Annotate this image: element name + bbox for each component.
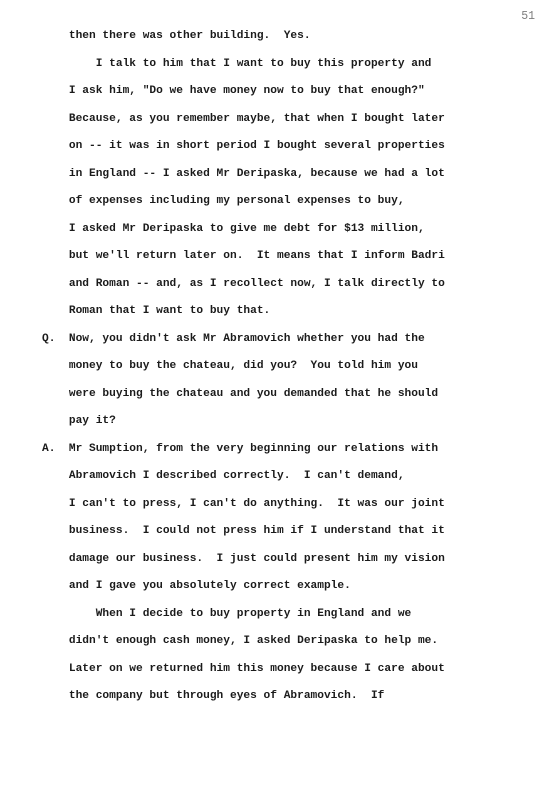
transcript-line: and Roman -- and, as I recollect now, I … (42, 271, 445, 299)
transcript-line: and I gave you absolutely correct exampl… (42, 573, 445, 601)
transcript-line: pay it? (42, 408, 445, 436)
transcript-line-question: Q. Now, you didn't ask Mr Abramovich whe… (42, 326, 445, 354)
transcript-line: damage our business. I just could presen… (42, 546, 445, 574)
transcript-line: Because, as you remember maybe, that whe… (42, 106, 445, 134)
transcript-line-answer: A. Mr Sumption, from the very beginning … (42, 436, 445, 464)
transcript-line: then there was other building. Yes. (42, 23, 445, 51)
page-number: 51 (521, 10, 535, 23)
transcript-line: of expenses including my personal expens… (42, 188, 445, 216)
transcript-line: money to buy the chateau, did you? You t… (42, 353, 445, 381)
transcript-line: Later on we returned him this money beca… (42, 656, 445, 684)
transcript-line: the company but through eyes of Abramovi… (42, 683, 445, 711)
transcript-line: When I decide to buy property in England… (42, 601, 445, 629)
transcript-line: business. I could not press him if I und… (42, 518, 445, 546)
transcript-line: I ask him, "Do we have money now to buy … (42, 78, 445, 106)
transcript-line: didn't enough cash money, I asked Deripa… (42, 628, 445, 656)
transcript-line: I can't to press, I can't do anything. I… (42, 491, 445, 519)
transcript-line: in England -- I asked Mr Deripaska, beca… (42, 161, 445, 189)
transcript-line: were buying the chateau and you demanded… (42, 381, 445, 409)
transcript-line: I asked Mr Deripaska to give me debt for… (42, 216, 445, 244)
transcript-line: but we'll return later on. It means that… (42, 243, 445, 271)
transcript-line: Abramovich I described correctly. I can'… (42, 463, 445, 491)
transcript-line: I talk to him that I want to buy this pr… (42, 51, 445, 79)
transcript-line: on -- it was in short period I bought se… (42, 133, 445, 161)
transcript-body: then there was other building. Yes. I ta… (42, 23, 445, 711)
transcript-line: Roman that I want to buy that. (42, 298, 445, 326)
transcript-page: 51 then there was other building. Yes. I… (0, 0, 558, 789)
